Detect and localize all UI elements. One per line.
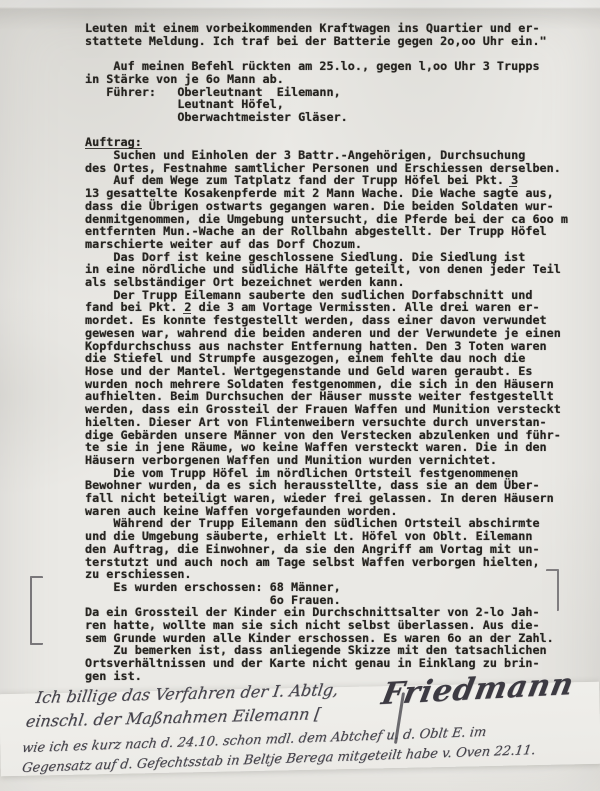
typed-report-text: Leuten mit einem vorbeikommenden Kraftwa…	[85, 22, 565, 683]
typed-line: Suchen und Einholen der 3 Battr.-Angehör…	[85, 149, 565, 162]
typed-line: 13 gesattelte Kosakenpferde mit 2 Mann W…	[85, 187, 565, 200]
typed-line: Leuten mit einem vorbeikommenden Kraftwa…	[85, 22, 565, 35]
underline-auftrag	[85, 148, 142, 149]
typed-line: Auf meinen Befehl rückten am 25.lo., geg…	[85, 60, 565, 73]
typed-line: Es wurden erschossen: 68 Männer,	[85, 581, 565, 594]
typed-line: gewesen war, wahrend die beiden anderen …	[85, 327, 565, 340]
typed-line: hielten. Dieser Art von Flintenweibern v…	[85, 416, 565, 429]
typed-line: Hose und der Mantel. Wertgegenstande und…	[85, 365, 565, 378]
typed-line: in Stärke von je 6o Mann ab.	[85, 73, 565, 86]
typed-line: Oberwachtmeister Gläser.	[85, 111, 565, 124]
typed-line: werden, dass ein Grossteil der Frauen Wa…	[85, 403, 565, 416]
typed-line: te sie in jene Räume, wo keine Waffen ve…	[85, 441, 565, 454]
typed-line: Häusern verborgenen Waffen und Munition …	[85, 454, 565, 467]
typed-line: und die Umgebung säuberte, erhielt Lt. H…	[85, 530, 565, 543]
pencil-bracket-right	[546, 569, 559, 611]
typed-line: marschierte weiter auf das Dorf Chozum.	[85, 238, 565, 251]
typed-line: Ortsverhältnissen und der Karte nicht ge…	[85, 657, 565, 670]
typed-line: stattete Meldung. Ich traf bei der Batte…	[85, 35, 565, 48]
underline-pkt-2	[183, 313, 191, 314]
typed-line	[85, 124, 565, 137]
typed-line: fall nicht beteiligt waren, wieder frei …	[85, 492, 565, 505]
underline-pkt-3	[509, 186, 517, 187]
typed-line: mordet. Es konnte festgestellt werden, d…	[85, 314, 565, 327]
typed-line: dass die Übrigen ostwarts gegangen waren…	[85, 200, 565, 213]
scanned-document-page: Leuten mit einem vorbeikommenden Kraftwa…	[0, 0, 600, 791]
pencil-bracket-left	[30, 576, 43, 645]
typed-line: den Auftrag, die Einwohner, da sie den A…	[85, 543, 565, 556]
typed-line: ren hatte, wollte man sie sich nicht sel…	[85, 619, 565, 632]
typed-line: als selbständiger Ort bezeichnet werden …	[85, 276, 565, 289]
